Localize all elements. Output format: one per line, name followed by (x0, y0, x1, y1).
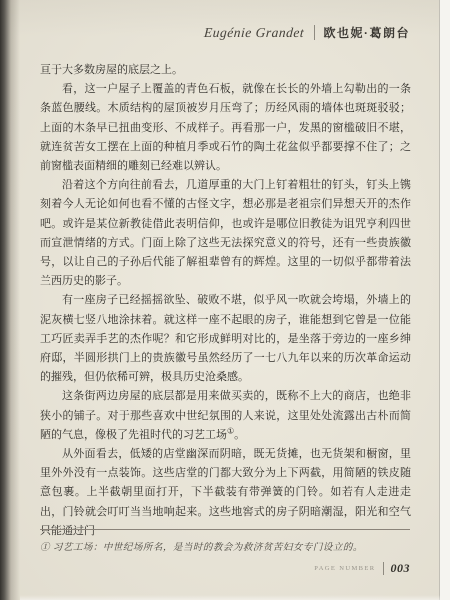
book-title-latin: Eugénie Grandet (204, 25, 305, 41)
page-number: 003 (391, 561, 411, 576)
paragraph: 看，这一户屋子上覆盖的青色石板，就像在长长的外墙上勾勒出的一条条蓝色腰线。木质结… (40, 80, 411, 176)
footnote-reference-marker: ① (227, 426, 234, 435)
footnote-text: 习艺工场：中世纪场所名，是当时的教会为救济贫苦妇女专门设立的。 (53, 543, 363, 553)
paragraph: 沿着这个方向往前看去，几道厚重的大门上钉着粗壮的钉头，钉头上镌刻着今人无论如何也… (40, 176, 411, 291)
footnote-separator (40, 529, 410, 530)
book-title-chinese: 欧也妮·葛朗台 (324, 24, 411, 41)
running-header: Eugénie Grandet 欧也妮·葛朗台 (204, 24, 410, 41)
page-number-label: PAGE NUMBER (314, 565, 375, 572)
body-text: 亘于大多数房屋的底层之上。看，这一户屋子上覆盖的青色石板，就像在长长的外墙上勾勒… (40, 61, 411, 541)
paragraph: 有一座房子已经摇摇欲坠、破败不堪，似乎风一吹就会垮塌，外墙上的泥灰横七竖八地涂抹… (40, 291, 411, 387)
page-right-edge (439, 0, 450, 600)
footer-divider (383, 562, 384, 575)
paragraph: 亘于大多数房屋的底层之上。 (40, 61, 411, 80)
spine-shadow (0, 0, 20, 600)
paragraph: 这条街两边房屋的底层都是用来做买卖的，既称不上大的商店，也绝非狭小的铺子。对于那… (40, 387, 411, 445)
footnote: ① 习艺工场：中世纪场所名，是当时的教会为救济贫苦妇女专门设立的。 (40, 541, 410, 555)
footnote-marker: ① (40, 543, 50, 553)
paragraph: 从外面看去，低矮的店堂幽深而阴暗，既无货摊，也无货架和橱窗，里里外外没有一点装饰… (40, 445, 411, 541)
page-bottom-edge (20, 595, 440, 600)
book-page: Eugénie Grandet 欧也妮·葛朗台 亘于大多数房屋的底层之上。看，这… (0, 0, 450, 600)
header-divider (314, 25, 315, 40)
page-footer: PAGE NUMBER 003 (314, 561, 410, 576)
